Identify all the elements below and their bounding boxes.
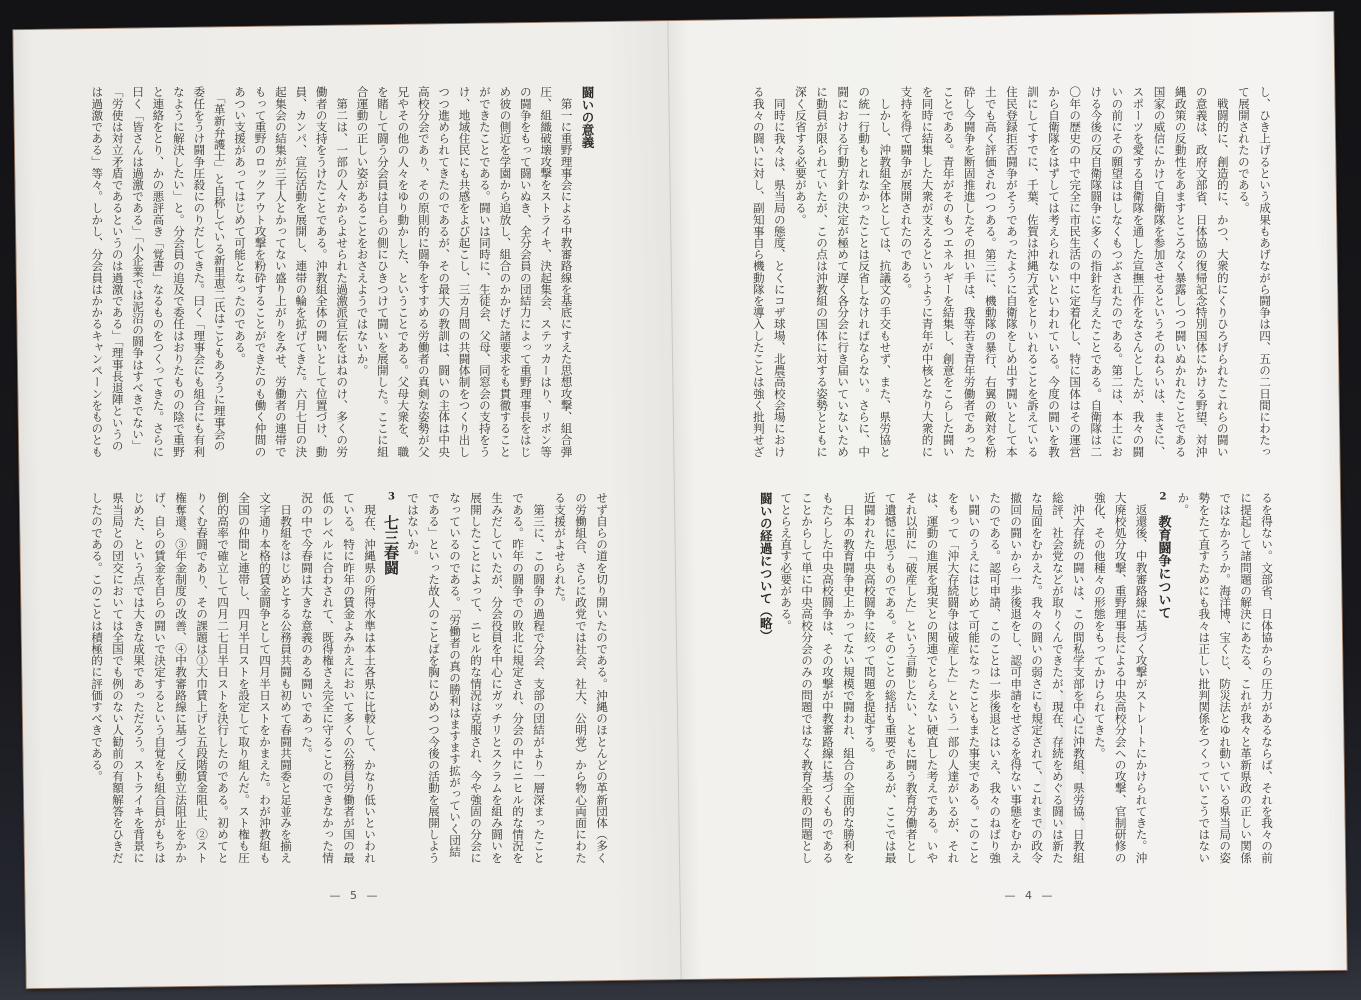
text-column: ができたことである。闘いは同時に、生徒会、父母、同窓会の支持をう <box>475 86 495 457</box>
text-column: 日教組をはじめとする公務員共闘も初めて春闘共闘委と足並みを揃え <box>275 492 296 863</box>
text-column: げ、自らの賃金を自らの闘いで決定するという自覚をも組合員がもちは <box>149 492 170 863</box>
text-column: ではなかろうか。海洋博、宝くじ、防災法とゆれ動いている県当局の姿 <box>1214 492 1235 863</box>
section-heading-education-struggle: 2教育闘争について <box>1152 492 1173 863</box>
text-layer: し、ひき上げるという成果もあげながら闘争は四、五の二日間にわたっ て展開されたの… <box>0 0 1361 1000</box>
text-column: 同時に我々は、県当局の態度、とくにコザ球場、北農高校会場におけ <box>769 86 790 457</box>
section-title: 闘いの意義 <box>580 86 595 149</box>
text-column: から自衛隊をはずしては考えられないといわれている。今度の闘いを教 <box>1043 86 1064 457</box>
text-column: の闘争をもって闘いぬき、全分会員の団結力によって重野理事長をはじ <box>515 86 535 457</box>
text-column: 総評、社会党などが取りくんできたが、現在、存続をめぐる闘いは新た <box>1047 492 1068 863</box>
section-heading-struggle-progress: 闘いの経過について（略） <box>754 492 775 863</box>
text-column: たのである。認可申請、このことは一歩後退とはいえ、我々のねばり強 <box>984 492 1005 863</box>
section-number: 2 <box>1157 492 1168 502</box>
text-column: な局面をむかえた。我々の闘いの弱さにも規定されて、これまでの政令 <box>1026 492 1047 863</box>
text-column: もって重野のロックアウト攻撃を粉砕することができたのも働く仲間の <box>250 86 270 457</box>
text-column: の労働組合、さらに政党では社会、社大、公明党）から物心両面にわた <box>570 492 591 863</box>
text-column: 闘における行動方針の決定が極めて遅く各分会に行き届いていないため <box>832 86 853 457</box>
text-column: 「革新弁護士」と自称している新里恵二氏はこともあろうに理事会の <box>209 86 229 457</box>
text-column: 権奪還、③年金制度の改善、④中教審路線に基づく反動立法阻止をかか <box>170 492 191 863</box>
text-column: 曰く「皆さんは過激である」「小企業では泥沼の闘争はすべきでない」 <box>128 86 148 457</box>
text-column: 現在、沖縄県の所得水準は本土各県に比較して、かなり低いといわれ <box>359 492 380 863</box>
text-column: る我々の闘いに対し、副知事自ら機動隊を導入したことは強く批判せざ <box>748 86 769 457</box>
text-column: 強化、その他種々の形態をもってかけられてきた。 <box>1089 492 1110 863</box>
text-column: と連絡をとり、かの悪評高き「覚書」なるものをつくってきた。さらに <box>148 86 168 457</box>
text-column: 起集会の結集が三千人とかってない盛り上がりをみせ、労働者の連帯で <box>271 86 291 457</box>
text-column: 訓にしてすでに、千葉、佐賀は沖縄方式をとりいれることを訴えている <box>1022 86 1043 457</box>
text-column: 全国の仲間と連帯し、四月半日ストを設定して取り組んだ。スト権も圧 <box>233 492 254 863</box>
text-column: の統一行動もとれなかったことは反省しなければならない。さらに、中 <box>853 86 874 457</box>
text-column: それ以前に「破産した」という言動じたい、ともに闘う教育労働者とし <box>901 492 922 863</box>
text-column: ける今後の反自衛隊闘争に多くの指針を与えたことである。自衛隊は二 <box>1085 86 1106 457</box>
text-column: 大廃校処分攻撃、重野理事長による中央高校分会への攻撃、官制研修の <box>1110 492 1131 863</box>
text-column: 文字通り本格的賃金闘争として四月半日ストをかまえた。わが沖教組も <box>254 492 275 863</box>
right-page-bottom-text-block: るを得ない。文部省、日体協からの圧力があるならば、それを我々の前 に提起して諸問… <box>754 492 1277 863</box>
section-heading-spring-struggle: 3七三春闘 <box>380 492 402 863</box>
text-column: 委任をうけ闘争圧殺にのりだしてきた。曰く「理事会にも組合にも有利 <box>189 86 209 457</box>
text-column: をもって「沖大存続闘争は破産した」という一部の人達がいるが、それ <box>943 492 964 863</box>
text-column: あつい支援があってはじめて可能となったのである。 <box>230 86 250 457</box>
text-column: 沖大存続の闘いは、この間私学支部を中心に沖教組、県労協、日教組 <box>1068 492 1089 863</box>
left-page-top-text-block: 闘いの意義 第一に重野理事会による中教審路線を基底にすえた思想攻撃、組合弾 圧、… <box>87 86 597 457</box>
text-column: て展開されたのである。 <box>1233 86 1254 457</box>
text-column: 戦闘的に、創造的に、かつ、大衆的にくりひろげられたこれらの闘い <box>1212 86 1233 457</box>
text-column: 展開したことによって、ニヒル的な情況は克服され、今や強固の分会に <box>465 492 486 863</box>
text-column: て遺憾に思うものである。そのことの総括も重要であるが、ここでは最 <box>880 492 901 863</box>
text-column: つつ進められてきたのであるが、その最大の教訓は、闘いの主体は中央 <box>434 86 454 457</box>
text-column: 生みだしていたが、分会役員を中心にガッチリとスクラムを組み闘いを <box>486 492 507 863</box>
text-column: 勢をたて直すためにも我々は正しい批判関係をつくっていこうではない <box>1193 492 1214 863</box>
text-column: ている。特に昨年の賃金よみかえにおいて多くの公務員労働者が国の最 <box>338 492 359 863</box>
text-column: スポーツを愛する自衛隊を通した宣撫工作をなさんとしたが、我々の闘 <box>1127 86 1148 457</box>
text-column: し、ひき上げるという成果もあげながら闘争は四、五の二日間にわたっ <box>1254 86 1275 457</box>
text-column: てとらえ直す必要がある。 <box>775 492 796 863</box>
text-column: に動員が限られていたが、この点は沖教組の国体に対する姿勢とともに <box>811 86 832 457</box>
section-title: 闘いの経過について（略） <box>758 492 773 642</box>
text-column: なように解決したい」と。分会員の追及で委任はおりたものの陰で重野 <box>168 86 188 457</box>
text-column: 深く反省する必要がある。 <box>790 86 811 457</box>
text-column: ではないか。 <box>402 492 423 863</box>
section-number: 3 <box>386 492 397 502</box>
text-column: 土でも高く評価されつつある。第三に、機動隊の暴行、右翼の敵対を粉 <box>980 86 1001 457</box>
text-column: か。 <box>1172 492 1193 863</box>
text-column: 「労使は対立矛盾であるというのは過激である」「理事長退陣というの <box>107 86 127 457</box>
page-number-right: — 4 — <box>970 889 1090 902</box>
text-column: 倒的高率で確立して四月二七日半日ストを決行したのである。初めてと <box>212 492 233 863</box>
text-column: を賭して闘う分会員は自らの側にひきつけて闘いを展開した。ここに組 <box>373 86 393 457</box>
text-column: に提起して諸問題の解決にあたる、これが我々と革新県政の正しい関係 <box>1235 492 1256 863</box>
text-column: 撤回の闘いから一歩後退をし、認可申請をせざるを得ない事態をむかえ <box>1005 492 1026 863</box>
left-page-bottom-text-block: せず自らの道を切り開いたのである。沖縄のほとんどの革新団体（多く の労働組合、さ… <box>86 492 612 863</box>
text-column: 低のレベルに合わされて、既得権さえ完全に守ることのできなかった情 <box>317 492 338 863</box>
text-column: じめた、という点では大きな成果であっただろう。ストライキを背景に <box>128 492 149 863</box>
text-column: 〇年の歴史の中で完全に市民生活の中に定着化し、特に国体はその運営 <box>1064 86 1085 457</box>
text-column: る支援がよせられた。 <box>549 492 570 863</box>
text-column: 第三に、この闘争の過程で分会、支部の団結がより一層深まったこと <box>528 492 549 863</box>
text-column: 返還後、中教審路線に基づく攻撃がストレートにかけられてきた。沖 <box>1131 492 1152 863</box>
text-column: 圧、組織破壊攻撃をストライキ、決起集会、ステッカーはり、リボン等 <box>536 86 556 457</box>
text-column: 住民登録拒否闘争がそうであったように自衛隊をしめ出す闘いとして本 <box>1001 86 1022 457</box>
text-column: 縄政策の反動性をあますところなく暴露しつつ闘いぬかれたことである <box>1170 86 1191 457</box>
text-column: ことからして単に中央高校分会のみの問題ではなく教育全般の問題とし <box>796 492 817 863</box>
text-column: 砕し今闘争を断固推進したその担い手は、我等若き青年労働者であった <box>959 86 980 457</box>
text-column: である。昨年の闘争での敗北に規定され、分会の中にニヒル的な情況を <box>507 492 528 863</box>
section-heading-significance: 闘いの意義 <box>577 86 597 457</box>
page-number-left: — 5 — <box>295 889 415 902</box>
text-column: 況の中で今春闘は大きな意義のある闘いであった。 <box>296 492 317 863</box>
text-column: せず自らの道を切り開いたのである。沖縄のほとんどの革新団体（多く <box>591 492 612 863</box>
section-title: 七三春闘 <box>382 515 400 575</box>
text-column: の意義は、政府文部省、日体協の復帰記念特別国体にかける野望、対沖 <box>1191 86 1212 457</box>
text-column: い闘いのうえにはじめて可能になったこともまた事実である。このこと <box>963 492 984 863</box>
text-column: は、運動の進展を現実との関連でとらえない硬直した考えである。いや <box>922 492 943 863</box>
text-column: なっているのである。「労働者の真の勝利はますます拡がっていく団結 <box>444 492 465 863</box>
section-title: 教育闘争について <box>1155 515 1170 619</box>
text-column: りくむ春闘であり、その課題は①大巾賃上げと五段階賃金阻止、②スト <box>191 492 212 863</box>
text-column: を同時に結集した大衆が支えるというように青年が中核となり大衆的に <box>916 86 937 457</box>
text-column: である」といった故人のことばを胸にひめつつ今後の活動を展開しよう <box>423 492 444 863</box>
right-page-top-text-block: し、ひき上げるという成果もあげながら闘争は四、五の二日間にわたっ て展開されたの… <box>748 86 1275 457</box>
text-column: 働者の支持をうけたことである。沖教組全体の闘いとして位置づけ、動 <box>311 86 331 457</box>
text-column: るを得ない。文部省、日体協からの圧力があるならば、それを我々の前 <box>1256 492 1277 863</box>
text-column: 第一に重野理事会による中教審路線を基底にすえた思想攻撃、組合弾 <box>556 86 576 457</box>
text-column: したのである。このことは積極的に評価すべきである。 <box>86 492 107 863</box>
text-column: 日本の教育闘争史上かってない規模で闘われ、組合の全面的な勝利を <box>838 492 859 863</box>
text-column: 国家の威信にかけて自衛隊を参加させるというそのねらいは、まさに、 <box>1148 86 1169 457</box>
text-column: しかし、沖教組全体としては、抗議文の手交もせず、また、県労協と <box>874 86 895 457</box>
text-column: ことである。青年がそのもつエネルギーを結集し、創意をこらした闘い <box>938 86 959 457</box>
text-column: 県当局との団交においては全国でも例のない人勧前の有額解答をひきだ <box>107 492 128 863</box>
text-column: 近闘われた中央高校闘争に絞って問題を提起する。 <box>859 492 880 863</box>
text-column: 第二は、一部の人々からよせられた過激派宣伝をはねのけ、多くの労 <box>332 86 352 457</box>
text-column: 合運動の正しい姿があることをおさえようではないか。 <box>352 86 372 457</box>
text-column: 支持を得て闘争が展開されたのである。 <box>895 86 916 457</box>
text-column: 員、カンパ、宣伝活動を展開し、連帯の輪を拡げてきた。六月七日の決 <box>291 86 311 457</box>
text-column: 兄やその他の人々をゆり動かした、ということである。父母大衆を、職 <box>393 86 413 457</box>
text-column: 高校分会であり、その原則的に闘争をすすめる労働者の真剣な姿勢が父 <box>413 86 433 457</box>
text-column: もたらした中央高校闘争は、その攻撃が中教審路線に基づくものである <box>817 492 838 863</box>
text-column: め彼の側近を学園から追放し、組合のかかげた諸要求をも貫徹すること <box>495 86 515 457</box>
text-column: け、地域住民にも共感をよび起こし、三カ月間の共闘体制をつくり出し <box>454 86 474 457</box>
text-column: は過激である」等々。しかし、分会員はかかるキャンペーンをものとも <box>87 86 107 457</box>
text-column: いの前にその願望ははしなくもつぶされたのである。第二は、本土にお <box>1106 86 1127 457</box>
